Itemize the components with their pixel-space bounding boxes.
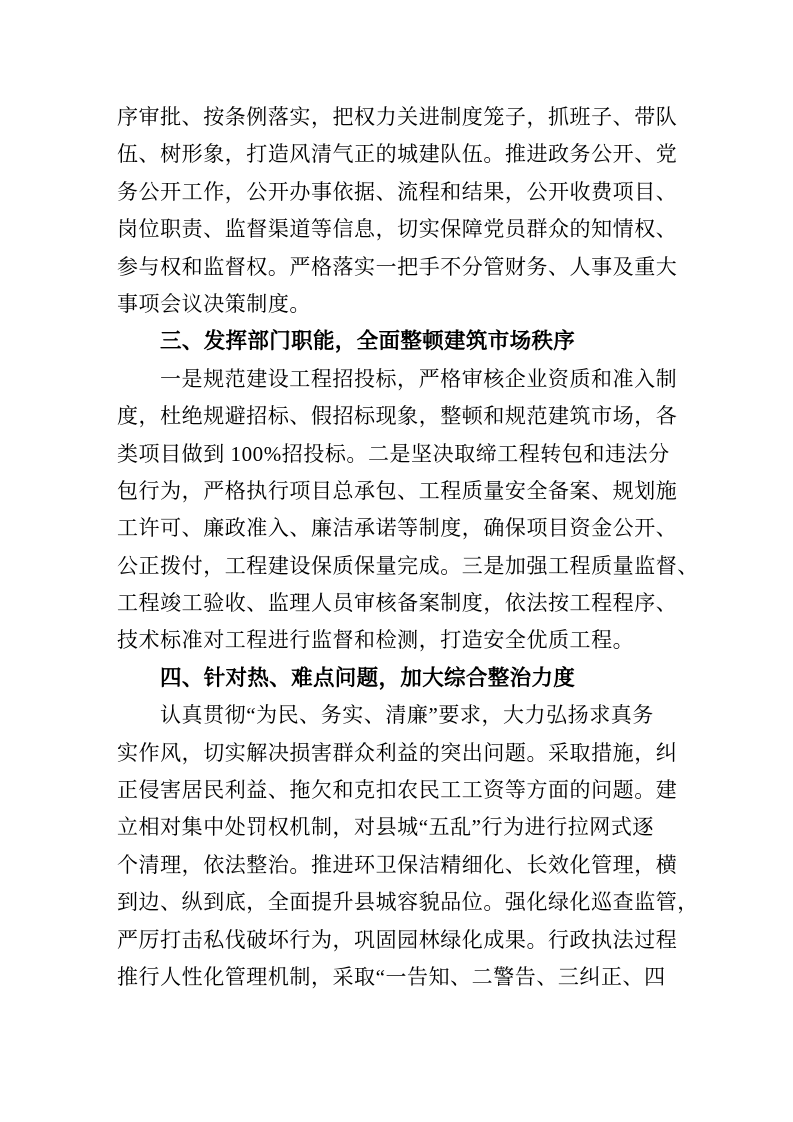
text-line: 岗位职责、监督渠道等信息，切实保障党员群众的知情权、: [117, 211, 678, 248]
text-line: 事项会议决策制度。: [117, 286, 678, 323]
text-line: 度，杜绝规避招标、假招标现象，整顿和规范建筑市场，各: [117, 398, 678, 435]
section-heading: 三、发挥部门职能，全面整顿建筑市场秩序: [117, 323, 678, 360]
text-line: 务公开工作，公开办事依据、流程和结果，公开收费项目、: [117, 174, 678, 211]
text-line: 实作风，切实解决损害群众利益的突出问题。采取措施，纠: [117, 735, 678, 772]
document-content: 序审批、按条例落实，把权力关进制度笼子，抓班子、带队伍、树形象，打造风清气正的城…: [117, 99, 678, 996]
text-line: 工程竣工验收、监理人员审核备案制度，依法按工程程序、: [117, 585, 678, 622]
text-line: 严厉打击私伐破坏行为，巩固园林绿化成果。行政执法过程: [117, 922, 678, 959]
section-heading: 四、针对热、难点问题，加大综合整治力度: [117, 660, 678, 697]
text-line: 正侵害居民利益、拖欠和克扣农民工工资等方面的问题。建: [117, 772, 678, 809]
text-line: 个清理，依法整治。推进环卫保洁精细化、长效化管理，横: [117, 847, 678, 884]
text-line: 参与权和监督权。严格落实一把手不分管财务、人事及重大: [117, 249, 678, 286]
text-line: 一是规范建设工程招投标，严格审核企业资质和准入制: [117, 361, 678, 398]
text-line: 立相对集中处罚权机制，对县城“五乱”行为进行拉网式逐: [117, 809, 678, 846]
document-page: 序审批、按条例落实，把权力关进制度笼子，抓班子、带队伍、树形象，打造风清气正的城…: [0, 0, 793, 1122]
text-line: 序审批、按条例落实，把权力关进制度笼子，抓班子、带队: [117, 99, 678, 136]
text-line: 工许可、廉政准入、廉洁承诺等制度，确保项目资金公开、: [117, 510, 678, 547]
text-line: 类项目做到 100%招投标。二是坚决取缔工程转包和违法分: [117, 436, 678, 473]
text-line: 公正拨付，工程建设保质保量完成。三是加强工程质量监督、: [117, 548, 678, 585]
text-line: 伍、树形象，打造风清气正的城建队伍。推进政务公开、党: [117, 136, 678, 173]
text-line: 到边、纵到底，全面提升县城容貌品位。强化绿化巡查监管，: [117, 884, 678, 921]
text-line: 包行为，严格执行项目总承包、工程质量安全备案、规划施: [117, 473, 678, 510]
text-line: 技术标准对工程进行监督和检测，打造安全优质工程。: [117, 622, 678, 659]
text-line: 推行人性化管理机制，采取“一告知、二警告、三纠正、四: [117, 959, 678, 996]
text-line: 认真贯彻“为民、务实、清廉”要求，大力弘扬求真务: [117, 697, 678, 734]
